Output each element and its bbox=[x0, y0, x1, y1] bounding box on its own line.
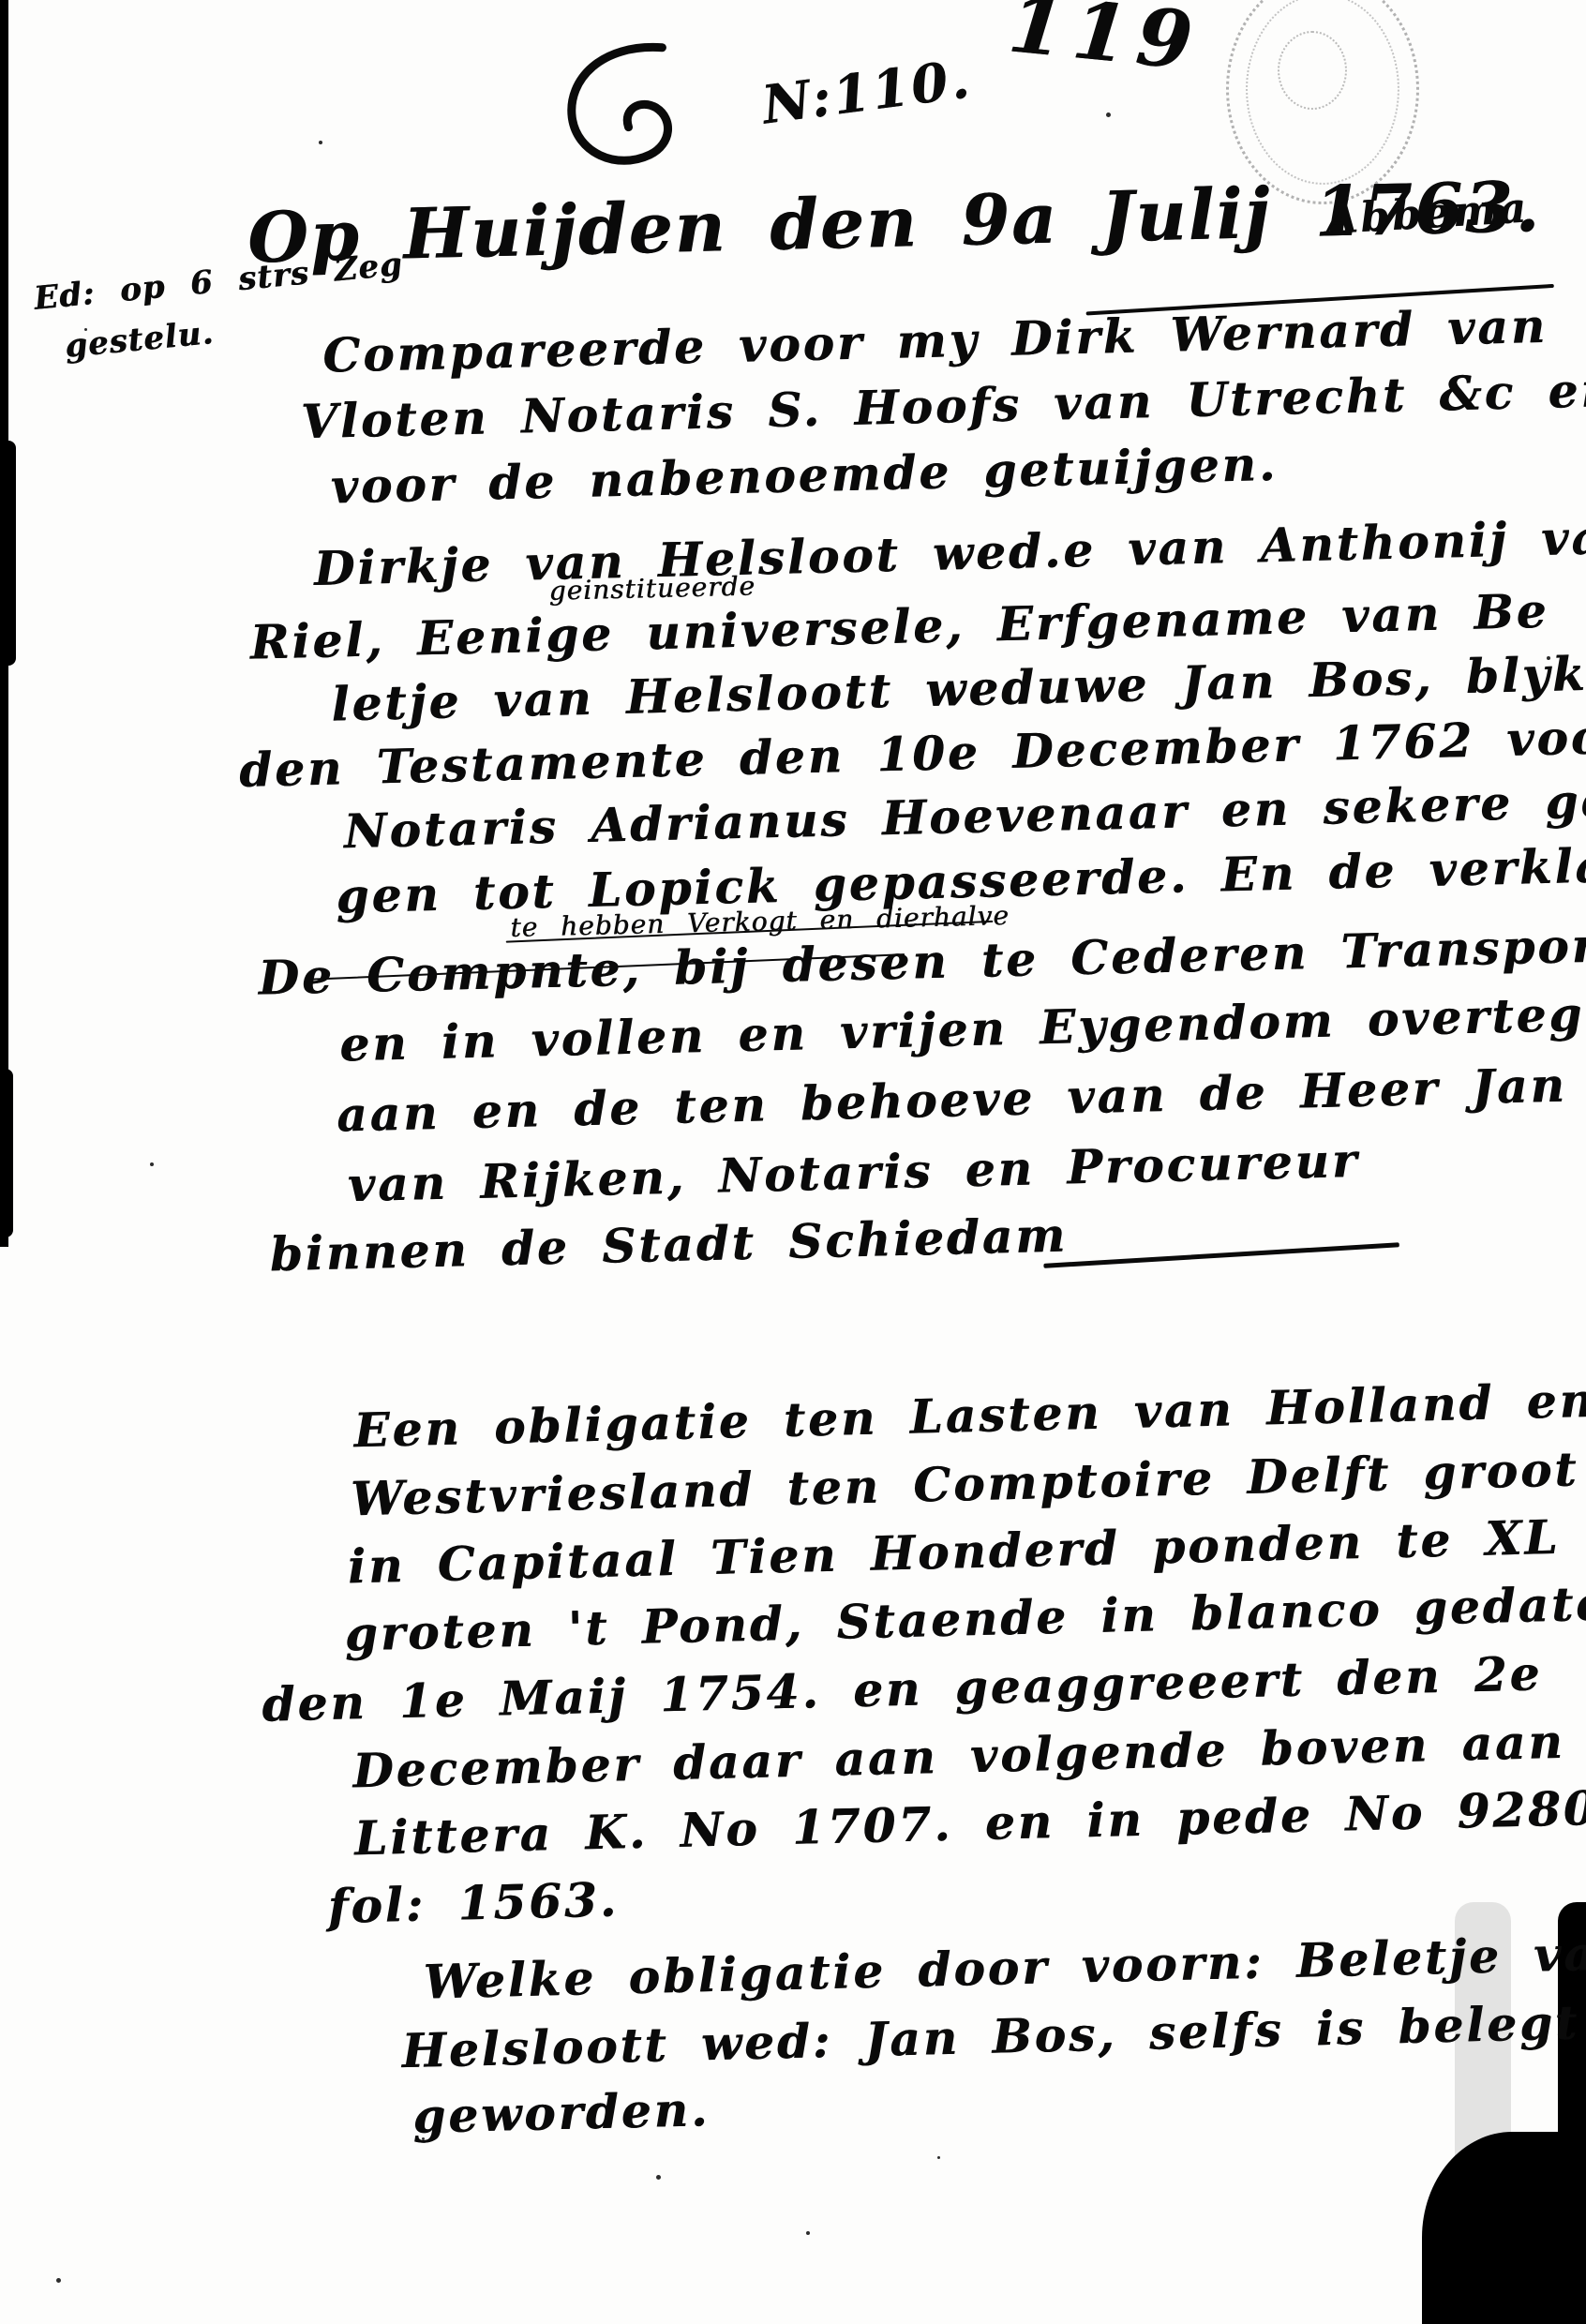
manuscript-line: fol: 1563. bbox=[327, 1871, 620, 1934]
manuscript-page: 119 N:110. Ed: op 6 strs Zeg gestelu. Op… bbox=[0, 0, 1586, 2324]
manuscript-text-block: 119 N:110. Ed: op 6 strs Zeg gestelu. Op… bbox=[0, 0, 1586, 2323]
manuscript-line: van Rijken, Notaris en Procureur bbox=[347, 1132, 1360, 1212]
manuscript-line: Helsloott wed: Jan Bos, selfs is belegt bbox=[401, 1994, 1580, 2078]
pen-flourish-icon bbox=[549, 38, 722, 183]
manuscript-line: binnen de Stadt Schiedam bbox=[269, 1207, 1069, 1282]
folio-number: 119 bbox=[1005, 0, 1205, 88]
act-number: N:110. bbox=[758, 48, 975, 136]
scan-artifact-left-bump bbox=[0, 1069, 13, 1237]
manuscript-line: aan en de ten behoeve van de Heer Jan bbox=[336, 1057, 1567, 1143]
manuscript-line: geworden. bbox=[412, 2081, 711, 2144]
margin-note-line: gestelu. bbox=[63, 314, 215, 366]
dash-flourish bbox=[1043, 1242, 1399, 1268]
manuscript-line: Dirkje van Helsloot wed.e van Anthonij v… bbox=[313, 508, 1586, 596]
manuscript-line: voor de nabenoemde getuijgen. bbox=[330, 436, 1279, 515]
manuscript-line: Welke obligatie door voorn: Beletje van bbox=[423, 1925, 1586, 2010]
interlinear-insertion: geinstitueerde bbox=[548, 571, 756, 607]
